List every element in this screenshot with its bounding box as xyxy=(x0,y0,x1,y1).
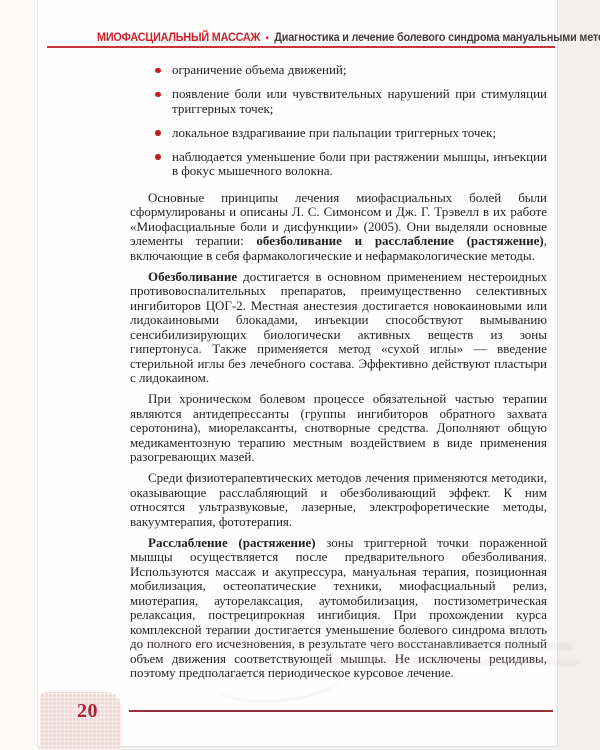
book-page: МИОФАСЦИАЛЬНЫЙ МАССАЖ ▪ Диагностика и ле… xyxy=(38,0,557,746)
paragraph: Расслабление (растяжение) зоны триггерно… xyxy=(130,536,547,681)
paragraph: Обезболивание достигается в основном при… xyxy=(130,270,547,386)
running-head-title: МИОФАСЦИАЛЬНЫЙ МАССАЖ xyxy=(97,30,260,44)
bullet-text: появление боли или чувствительных наруше… xyxy=(172,86,547,116)
square-bullet-icon: ▪ xyxy=(263,33,271,44)
paragraphs-block: Основные принципы лечения миофасциальных… xyxy=(130,191,547,681)
bullet-dot-icon xyxy=(155,154,161,160)
footer-rule xyxy=(129,710,553,712)
paragraph-bold-text: обезболивание и расслабление (растяжение… xyxy=(256,233,543,248)
bullet-dot-icon xyxy=(155,92,161,98)
bullet-dot-icon xyxy=(155,68,161,74)
bullet-item: ограничение объема движений; xyxy=(172,63,547,78)
scanned-book-page: { "colors": { "header_red": "#cc2229", "… xyxy=(0,0,600,750)
bullet-item: локальное вздрагивание при пальпации три… xyxy=(172,126,547,141)
paragraph-text: достигается в основном применением несте… xyxy=(130,269,547,386)
running-head-subtitle: Диагностика и лечение болевого синдрома … xyxy=(274,30,600,44)
bullet-text: ограничение объема движений; xyxy=(172,62,346,77)
bullet-text: наблюдается уменьшение боли при растяжен… xyxy=(172,149,547,179)
paragraph: При хроническом болевом процессе обязате… xyxy=(130,392,547,465)
scanner-margin-left xyxy=(0,0,38,750)
paragraph-bold-text: Расслабление (растяжение) xyxy=(148,535,316,550)
bullet-item: появление боли или чувствительных наруше… xyxy=(172,87,547,116)
bullet-dot-icon xyxy=(155,130,161,136)
bullet-item: наблюдается уменьшение боли при растяжен… xyxy=(172,150,547,179)
paragraph: Среди физиотерапевтических методов лечен… xyxy=(130,471,547,529)
page-number-tab: 20 xyxy=(40,692,121,750)
page-body: ограничение объема движений;появление бо… xyxy=(130,63,547,687)
paragraph-text: При хроническом болевом процессе обязате… xyxy=(130,391,547,464)
page-number: 20 xyxy=(40,692,121,723)
bullet-list: ограничение объема движений;появление бо… xyxy=(130,63,547,179)
header-rule xyxy=(47,46,555,48)
paragraph-bold-text: Обезболивание xyxy=(148,269,237,284)
paragraph: Основные принципы лечения миофасциальных… xyxy=(130,191,547,264)
running-head: МИОФАСЦИАЛЬНЫЙ МАССАЖ ▪ Диагностика и ле… xyxy=(97,30,600,44)
bullet-text: локальное вздрагивание при пальпации три… xyxy=(172,125,496,140)
paragraph-text: Среди физиотерапевтических методов лечен… xyxy=(130,470,547,529)
paragraph-text: зоны триггерной точки пораженной мышцы о… xyxy=(130,535,547,681)
